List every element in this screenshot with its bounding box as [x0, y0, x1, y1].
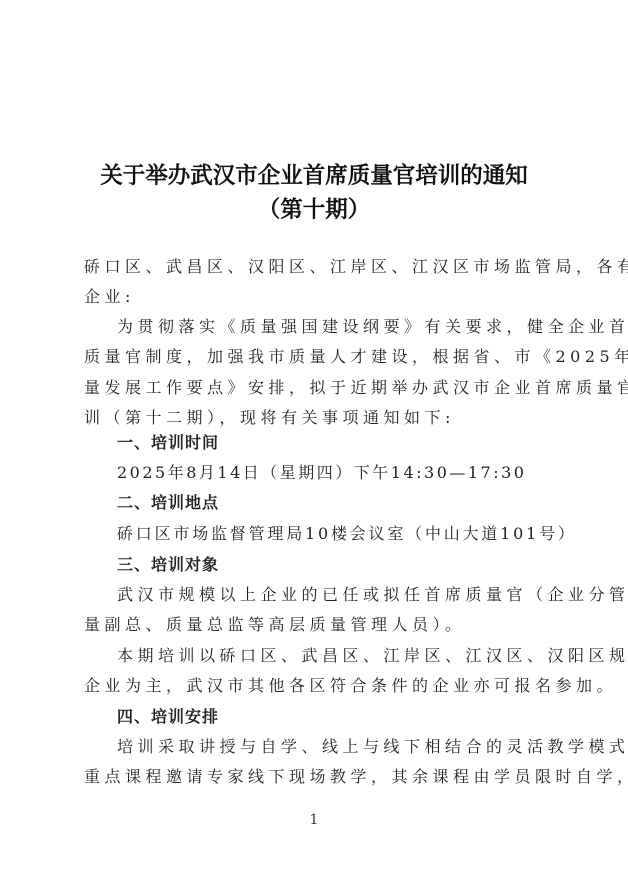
body-paragraph-line: 重点课程邀请专家线下现场教学，其余课程由学员限时自学，考	[84, 766, 554, 788]
body-paragraph-line: 量副总、质量总监等高层质量管理人员）。	[84, 614, 554, 636]
page-number: 1	[0, 812, 628, 828]
body-paragraph-line: 训（第十二期），现将有关事项通知如下:	[84, 407, 554, 429]
training-location: 硚口区市场监督管理局10楼会议室（中山大道101号）	[117, 523, 587, 545]
section-heading-time: 一、培训时间	[117, 432, 587, 454]
body-paragraph-line: 质量官制度，加强我市质量人才建设，根据省、市《2025年质	[84, 346, 554, 368]
training-time: 2025年8月14日（星期四）下午14:30—17:30	[117, 462, 587, 484]
section-heading-audience: 三、培训对象	[117, 554, 587, 576]
document-subtitle: （第十期）	[60, 192, 568, 224]
body-paragraph-line: 本期培训以硚口区、武昌区、江岸区、江汉区、汉阳区规上	[117, 645, 587, 667]
document-title: 关于举办武汉市企业首席质量官培训的通知	[60, 158, 568, 190]
body-paragraph-line: 企业为主，武汉市其他各区符合条件的企业亦可报名参加。	[84, 675, 554, 697]
body-paragraph-line: 培训采取讲授与自学、线上与线下相结合的灵活教学模式，	[117, 736, 587, 758]
section-heading-location: 二、培训地点	[117, 492, 587, 514]
body-paragraph-line: 量发展工作要点》安排，拟于近期举办武汉市企业首席质量官培	[84, 377, 554, 399]
addressee-line: 企业:	[84, 286, 554, 308]
body-paragraph-line: 为贯彻落实《质量强国建设纲要》有关要求，健全企业首席	[117, 316, 587, 338]
addressee-line: 硚口区、武昌区、汉阳区、江岸区、江汉区市场监管局，各有关	[84, 256, 554, 278]
section-heading-arrangement: 四、培训安排	[117, 706, 587, 728]
body-paragraph-line: 武汉市规模以上企业的已任或拟任首席质量官（企业分管质	[117, 584, 587, 606]
document-page: 关于举办武汉市企业首席质量官培训的通知 （第十期） 硚口区、武昌区、汉阳区、江岸…	[0, 0, 628, 890]
